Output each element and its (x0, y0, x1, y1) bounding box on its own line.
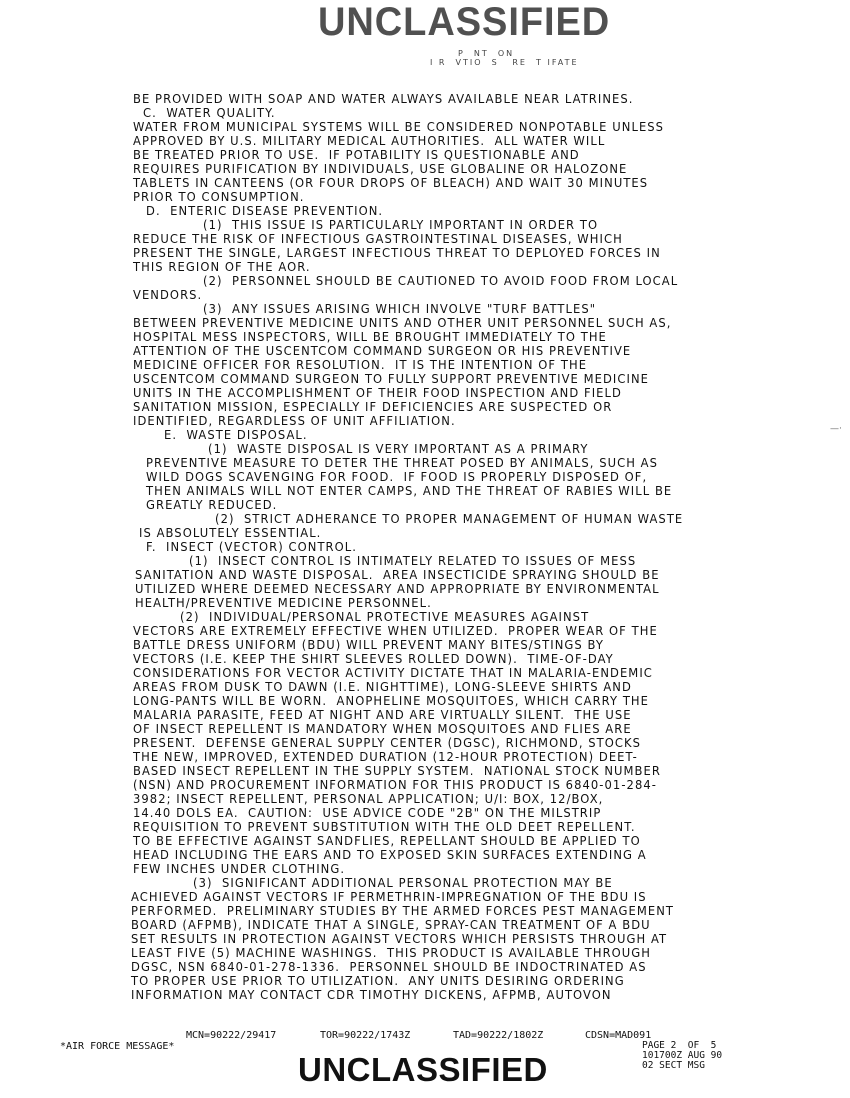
body-line: VECTORS (I.E. KEEP THE SHIRT SLEEVES ROL… (133, 652, 614, 666)
body-line: (1) WASTE DISPOSAL IS VERY IMPORTANT AS … (208, 442, 588, 456)
body-line: FEW INCHES UNDER CLOTHING. (133, 862, 345, 876)
classification-banner-bottom: UNCLASSIFIED (298, 1052, 548, 1088)
body-line: 3982; INSECT REPELLENT, PERSONAL APPLICA… (133, 792, 603, 806)
document-page: UNCLASSIFIED P NT ON I R VTIO S RE T IFA… (0, 0, 850, 1098)
body-line: INFORMATION MAY CONTACT CDR TIMOTHY DICK… (131, 988, 612, 1002)
body-line: (2) PERSONNEL SHOULD BE CAUTIONED TO AVO… (203, 274, 678, 288)
footer-tor: TOR=90222/1743Z (320, 1030, 410, 1041)
body-line: BATTLE DRESS UNIFORM (BDU) WILL PREVENT … (133, 638, 604, 652)
body-line: ATTENTION OF THE USCENTCOM COMMAND SURGE… (133, 344, 631, 358)
body-line: TO PROPER USE PRIOR TO UTILIZATION. ANY … (131, 974, 625, 988)
footer-source: *AIR FORCE MESSAGE* (60, 1041, 174, 1052)
body-line: LONG-PANTS WILL BE WORN. ANOPHELINE MOSQ… (133, 694, 649, 708)
body-line: REDUCE THE RISK OF INFECTIOUS GASTROINTE… (133, 232, 623, 246)
footer-mcn: MCN=90222/29417 (186, 1030, 276, 1041)
body-line: ACHIEVED AGAINST VECTORS IF PERMETHRIN-I… (131, 890, 647, 904)
footer-sections: 02 SECT MSG (642, 1061, 705, 1071)
body-line: IS ABSOLUTELY ESSENTIAL. (139, 526, 321, 540)
body-line: TO BE EFFECTIVE AGAINST SANDFLIES, REPEL… (133, 834, 641, 848)
body-line: BETWEEN PREVENTIVE MEDICINE UNITS AND OT… (133, 316, 672, 330)
body-line: BE PROVIDED WITH SOAP AND WATER ALWAYS A… (133, 92, 634, 106)
body-line: HEALTH/PREVENTIVE MEDICINE PERSONNEL. (135, 596, 432, 610)
body-line: HOSPITAL MESS INSPECTORS, WILL BE BROUGH… (133, 330, 607, 344)
body-line: VENDORS. (133, 288, 202, 302)
body-line: VECTORS ARE EXTREMELY EFFECTIVE WHEN UTI… (133, 624, 658, 638)
body-line: PRESENT THE SINGLE, LARGEST INFECTIOUS T… (133, 246, 661, 260)
body-line: BE TREATED PRIOR TO USE. IF POTABILITY I… (133, 148, 580, 162)
body-line: REQUIRES PURIFICATION BY INDIVIDUALS, US… (133, 162, 627, 176)
body-line: SANITATION AND WASTE DISPOSAL. AREA INSE… (135, 568, 660, 582)
body-line: PREVENTIVE MEASURE TO DETER THE THREAT P… (146, 456, 658, 470)
body-line: UNITS IN THE ACCOMPLISHMENT OF THEIR FOO… (133, 386, 622, 400)
body-line: E. WASTE DISPOSAL. (164, 428, 308, 442)
body-line: AREAS FROM DUSK TO DAWN (I.E. NIGHTTIME)… (133, 680, 632, 694)
body-line: THIS REGION OF THE AOR. (133, 260, 311, 274)
body-line: THE NEW, IMPROVED, EXTENDED DURATION (12… (133, 750, 638, 764)
body-line: SET RESULTS IN PROTECTION AGAINST VECTOR… (131, 932, 667, 946)
body-line: THEN ANIMALS WILL NOT ENTER CAMPS, AND T… (146, 484, 672, 498)
body-line: 14.40 DOLS EA. CAUTION: USE ADVICE CODE … (133, 806, 601, 820)
body-line: SANITATION MISSION, ESPECIALLY IF DEFICI… (133, 400, 612, 414)
body-line: (1) THIS ISSUE IS PARTICULARLY IMPORTANT… (203, 218, 598, 232)
body-line: USCENTCOM COMMAND SURGEON TO FULLY SUPPO… (133, 372, 649, 386)
body-line: PRIOR TO CONSUMPTION. (133, 190, 304, 204)
body-line: (3) ANY ISSUES ARISING WHICH INVOLVE "TU… (203, 302, 596, 316)
body-line: GREATLY REDUCED. (146, 498, 277, 512)
body-line: DGSC, NSN 6840-01-278-1336. PERSONNEL SH… (131, 960, 647, 974)
body-line: F. INSECT (VECTOR) CONTROL. (146, 540, 357, 554)
body-line: IDENTIFIED, REGARDLESS OF UNIT AFFILIATI… (133, 414, 456, 428)
body-line: C. WATER QUALITY. (143, 106, 276, 120)
body-line: (3) SIGNIFICANT ADDITIONAL PERSONAL PROT… (193, 876, 613, 890)
body-line: MALARIA PARASITE, FEED AT NIGHT AND ARE … (133, 708, 632, 722)
body-line: UTILIZED WHERE DEEMED NECESSARY AND APPR… (135, 582, 660, 596)
footer-tad: TAD=90222/1802Z (453, 1030, 543, 1041)
body-line: CONSIDERATIONS FOR VECTOR ACTIVITY DICTA… (133, 666, 653, 680)
body-line: MEDICINE OFFICER FOR RESOLUTION. IT IS T… (133, 358, 587, 372)
header-sub-line-1: P NT ON (458, 49, 514, 58)
body-line: LEAST FIVE (5) MACHINE WASHINGS. THIS PR… (131, 946, 651, 960)
body-line: HEAD INCLUDING THE EARS AND TO EXPOSED S… (133, 848, 647, 862)
body-line: (NSN) AND PROCUREMENT INFORMATION FOR TH… (133, 778, 657, 792)
header-sub-line-2: I R VTIO S RE T IFATE (430, 58, 579, 67)
body-line: (1) INSECT CONTROL IS INTIMATELY RELATED… (189, 554, 636, 568)
body-line: OF INSECT REPELLENT IS MANDATORY WHEN MO… (133, 722, 632, 736)
body-line: D. ENTERIC DISEASE PREVENTION. (146, 204, 383, 218)
body-line: BOARD (AFPMB), INDICATE THAT A SINGLE, S… (131, 918, 651, 932)
body-line: WILD DOGS SCAVENGING FOR FOOD. IF FOOD I… (146, 470, 647, 484)
body-line: PRESENT. DEFENSE GENERAL SUPPLY CENTER (… (133, 736, 641, 750)
body-line: WATER FROM MUNICIPAL SYSTEMS WILL BE CON… (133, 120, 664, 134)
body-line: (2) INDIVIDUAL/PERSONAL PROTECTIVE MEASU… (180, 610, 589, 624)
body-line: REQUISITION TO PREVENT SUBSTITUTION WITH… (133, 820, 636, 834)
body-line: (2) STRICT ADHERANCE TO PROPER MANAGEMEN… (215, 512, 683, 526)
body-line: APPROVED BY U.S. MILITARY MEDICAL AUTHOR… (133, 134, 605, 148)
body-line: TABLETS IN CANTEENS (OR FOUR DROPS OF BL… (133, 176, 648, 190)
scan-artifact-mark: —· (830, 424, 842, 434)
body-line: PERFORMED. PRELIMINARY STUDIES BY THE AR… (131, 904, 674, 918)
body-line: BASED INSECT REPELLENT IN THE SUPPLY SYS… (133, 764, 661, 778)
classification-banner-top: UNCLASSIFIED (318, 0, 610, 44)
